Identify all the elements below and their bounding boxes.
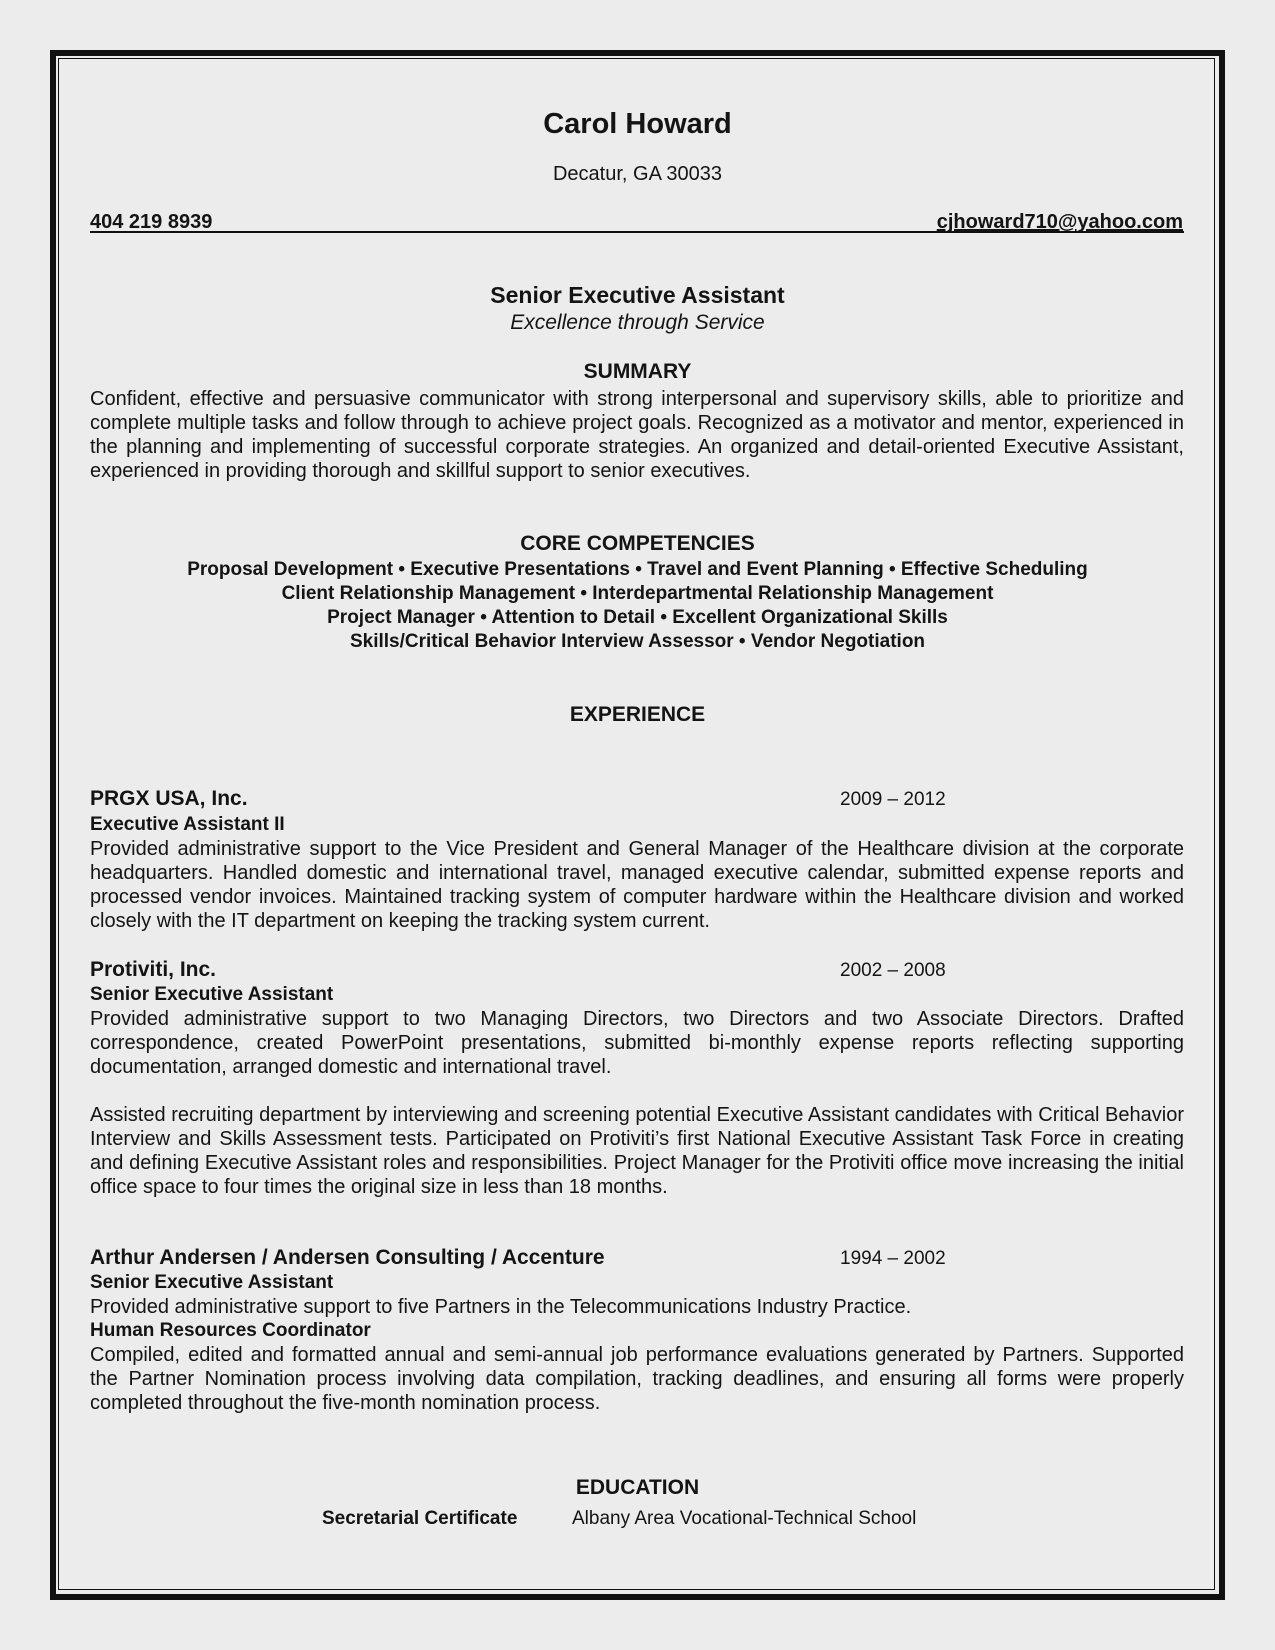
job-description: Provided administrative support to the V…	[90, 837, 1184, 933]
job-description: Provided administrative support to two M…	[90, 1007, 1184, 1079]
candidate-name: Carol Howard	[0, 110, 1275, 139]
education-credential: Secretarial Certificate	[322, 1509, 517, 1528]
job-dates: 2009 – 2012	[840, 790, 946, 809]
job-company: Arthur Andersen / Andersen Consulting / …	[90, 1247, 605, 1268]
experience-heading: EXPERIENCE	[0, 704, 1275, 725]
competency-line: Project Manager • Attention to Detail • …	[0, 608, 1275, 627]
competency-line: Skills/Critical Behavior Interview Asses…	[0, 632, 1275, 651]
competency-line: Client Relationship Management • Interde…	[0, 584, 1275, 603]
phone-number: 404 219 8939	[90, 212, 212, 232]
summary-text: Confident, effective and persuasive comm…	[90, 387, 1184, 483]
job-description-additional: Compiled, edited and formatted annual an…	[90, 1343, 1184, 1415]
job-title: Senior Executive Assistant	[90, 985, 333, 1004]
headline-title: Senior Executive Assistant	[0, 284, 1275, 307]
headline-tagline: Excellence through Service	[0, 312, 1275, 333]
education-school: Albany Area Vocational-Technical School	[572, 1509, 916, 1528]
job-title: Senior Executive Assistant	[90, 1273, 333, 1292]
job-company: Protiviti, Inc.	[90, 959, 216, 980]
competencies-heading: CORE COMPETENCIES	[0, 533, 1275, 554]
job-description: Provided administrative support to five …	[90, 1295, 1184, 1319]
job-dates: 1994 – 2002	[840, 1249, 946, 1268]
job-description-additional: Assisted recruiting department by interv…	[90, 1103, 1184, 1199]
header-divider	[90, 231, 1184, 233]
candidate-location: Decatur, GA 30033	[0, 164, 1275, 184]
job-company: PRGX USA, Inc.	[90, 788, 248, 809]
summary-heading: SUMMARY	[0, 361, 1275, 382]
email-link[interactable]: cjhoward710@yahoo.com	[937, 212, 1183, 232]
education-heading: EDUCATION	[0, 1477, 1275, 1498]
job-dates: 2002 – 2008	[840, 961, 946, 980]
job-title-secondary: Human Resources Coordinator	[90, 1321, 371, 1340]
competency-line: Proposal Development • Executive Present…	[0, 560, 1275, 579]
job-title: Executive Assistant II	[90, 815, 285, 834]
